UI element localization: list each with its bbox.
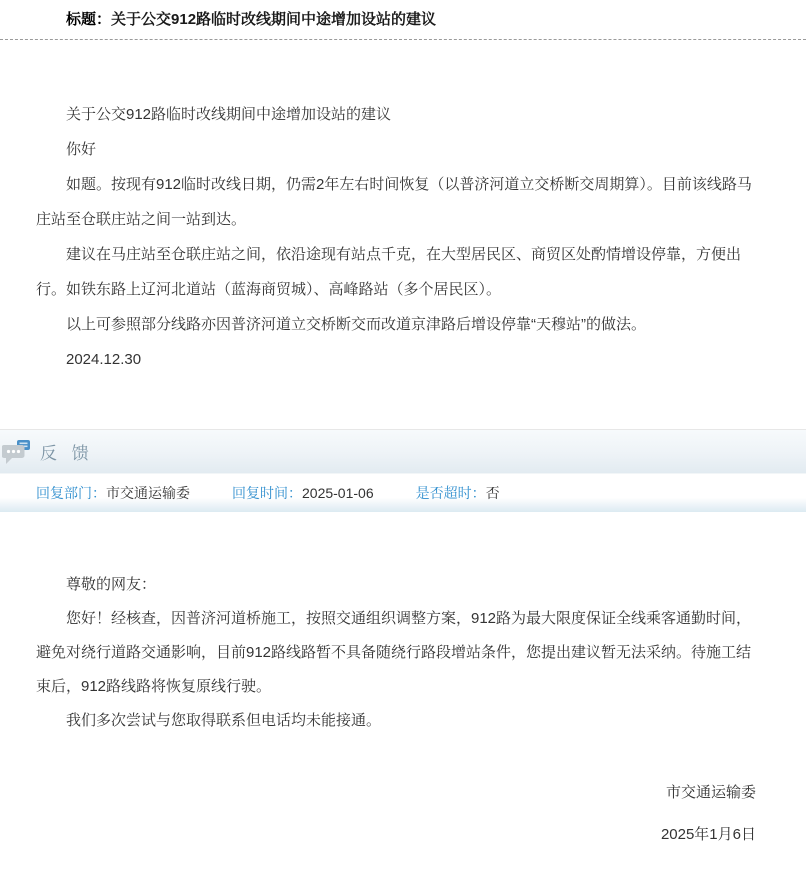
request-paragraph: 以上可参照部分线路亦因普济河道立交桥断交而改道京津路后增设停靠“天穆站”的做法。 [36,307,758,342]
request-paragraph: 你好 [36,132,758,167]
feedback-meta-row: 回复部门： 市交通运输委 回复时间： 2025-01-06 是否超时： 否 [0,474,806,512]
title-label: 标题： [66,11,111,28]
reply-dept-value: 市交通运输委 [106,483,190,503]
signature-block: 市交通运输委 2025年1月6日 [0,772,806,856]
complaint-detail-page: 标题：关于公交912路临时改线期间中途增加设站的建议 关于公交912路临时改线期… [0,0,806,890]
chat-bubbles-icon [2,437,32,467]
reply-paragraph: 我们多次尝试与您取得联系但电话均未能接通。 [36,704,758,738]
request-paragraph: 如题。按现有912临时改线日期，仍需2年左右时间恢复（以普济河道立交桥断交周期算… [36,167,758,237]
reply-paragraph: 您好！经核查，因普济河道桥施工，按照交通组织调整方案，912路为最大限度保证全线… [36,602,758,704]
request-paragraph: 关于公交912路临时改线期间中途增加设站的建议 [36,97,758,132]
reply-dept-label: 回复部门： [36,483,106,503]
reply-paragraph: 尊敬的网友： [36,568,758,602]
reply-time-pair: 回复时间： 2025-01-06 [232,483,374,503]
signature-date: 2025年1月6日 [0,814,756,856]
overdue-label: 是否超时： [416,483,486,503]
feedback-section-header: 反 馈 [0,429,806,474]
reply-time-value: 2025-01-06 [302,485,374,501]
overdue-value: 否 [486,483,500,503]
signature-department: 市交通运输委 [0,772,756,814]
feedback-section-title: 反 馈 [40,439,94,464]
reply-dept-pair: 回复部门： 市交通运输委 [36,483,190,503]
request-paragraph: 建议在马庄站至仓联庄站之间，依沿途现有站点千克，在大型居民区、商贸区处酌情增设停… [36,237,758,307]
overdue-pair: 是否超时： 否 [416,483,500,503]
reply-time-label: 回复时间： [232,483,302,503]
title-row: 标题：关于公交912路临时改线期间中途增加设站的建议 [0,0,806,30]
request-letter: 关于公交912路临时改线期间中途增加设站的建议你好如题。按现有912临时改线日期… [0,40,806,377]
page-title: 关于公交912路临时改线期间中途增加设站的建议 [111,11,436,28]
reply-letter: 尊敬的网友：您好！经核查，因普济河道桥施工，按照交通组织调整方案，912路为最大… [0,512,806,738]
request-paragraph: 2024.12.30 [36,342,758,377]
